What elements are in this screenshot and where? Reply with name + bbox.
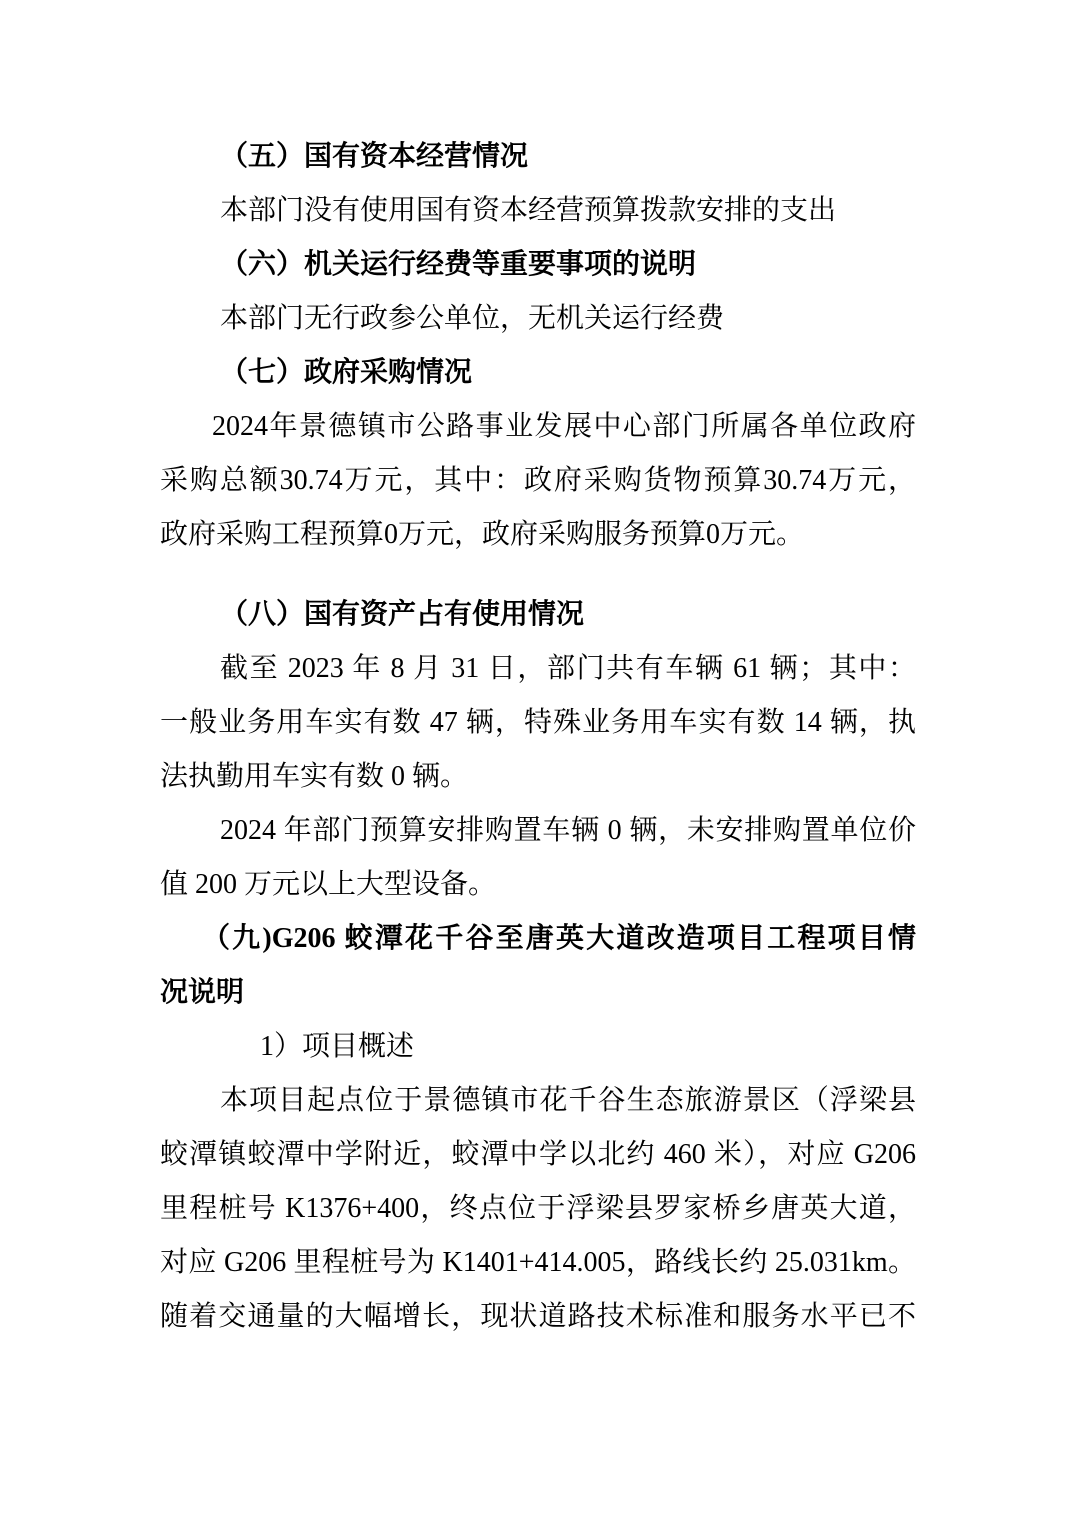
paragraph-text-line: 2024年景德镇市公路事业发展中心部门所属各单位政府: [160, 400, 916, 454]
paragraph-text-line: 随着交通量的大幅增长，现状道路技术标准和服务水平已不: [160, 1290, 916, 1344]
paragraph-text-line: 里程桩号 K1376+400，终点位于浮梁县罗家桥乡唐英大道，: [160, 1182, 916, 1236]
paragraph-text-line: 本项目起点位于景德镇市花千谷生态旅游景区（浮梁县: [160, 1074, 916, 1128]
section-heading-line: （九)G206 蛟潭花千谷至唐英大道改造项目工程项目情: [160, 912, 916, 966]
document-page: （五）国有资本经营情况本部门没有使用国有资本经营预算拨款安排的支出（六）机关运行…: [0, 0, 1074, 1520]
paragraph-text-line: 1）项目概述: [160, 1020, 916, 1074]
section-heading-line: （六）机关运行经费等重要事项的说明: [160, 238, 916, 292]
paragraph-text-line: 蛟潭镇蛟潭中学附近，蛟潭中学以北约 460 米），对应 G206: [160, 1128, 916, 1182]
section-heading-line: （八）国有资产占有使用情况: [160, 588, 916, 642]
paragraph-text-line: 2024 年部门预算安排购置车辆 0 辆，未安排购置单位价: [160, 804, 916, 858]
paragraph-text-line: 法执勤用车实有数 0 辆。: [160, 750, 916, 804]
paragraph-text-line: 对应 G206 里程桩号为 K1401+414.005，路线长约 25.031k…: [160, 1236, 916, 1290]
paragraph-text-line: 截至 2023 年 8 月 31 日，部门共有车辆 61 辆；其中：: [160, 642, 916, 696]
section-heading-line: 况说明: [160, 966, 916, 1020]
paragraph-text-line: 一般业务用车实有数 47 辆，特殊业务用车实有数 14 辆，执: [160, 696, 916, 750]
section-heading-line: （七）政府采购情况: [160, 346, 916, 400]
section-heading-line: （五）国有资本经营情况: [160, 130, 916, 184]
paragraph-text-line: 政府采购工程预算0万元，政府采购服务预算0万元。: [160, 508, 916, 562]
paragraph-text-line: 采购总额30.74万元，其中：政府采购货物预算30.74万元，: [160, 454, 916, 508]
paragraph-text-line: 值 200 万元以上大型设备。: [160, 858, 916, 912]
paragraph-text-line: 本部门没有使用国有资本经营预算拨款安排的支出: [160, 184, 916, 238]
paragraph-text-line: 本部门无行政参公单位，无机关运行经费: [160, 292, 916, 346]
document-body: （五）国有资本经营情况本部门没有使用国有资本经营预算拨款安排的支出（六）机关运行…: [160, 130, 916, 1344]
